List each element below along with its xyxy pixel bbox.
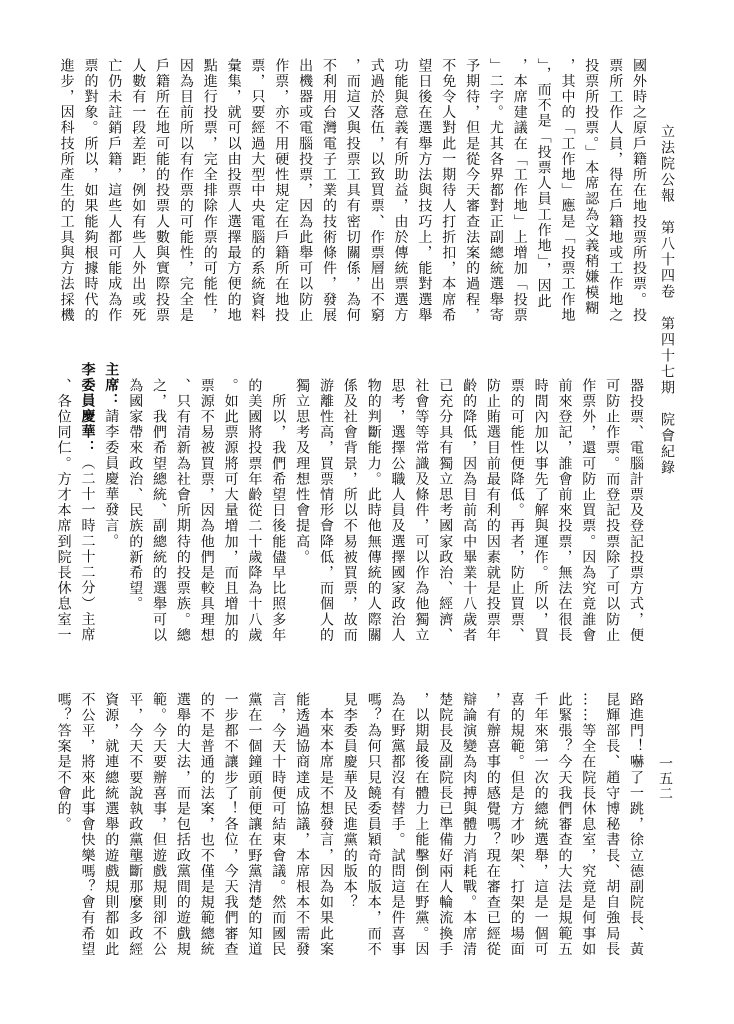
text-column: 物的判斷能力。此時他無傳統的人際關 [362, 378, 386, 660]
text-column: 昆輝部長、趙守博秘書長、胡自強局長 [600, 692, 624, 974]
text-column: 為國家帶來政治、民族的新希望。 [123, 378, 147, 660]
text-column: 、各位同仁。方才本席到院長休息室一 [52, 378, 76, 660]
text-column: 。如此票源將可大量增加，而且增加的 [219, 378, 243, 660]
speech-text: 請李委員慶華發言。 [103, 409, 119, 549]
text-column: 可防止作票。而登記投票除了可以防止 [600, 378, 624, 660]
text-column: 票所工作人員，得在戶籍地或工作地之 [603, 58, 627, 340]
speaker-column-legislator: 李委員慶華：（二十一時二十二分）主席 [76, 362, 100, 644]
text-column: 器投票、電腦計票及登記投票方式，便 [624, 378, 648, 660]
text-column: 望日後在選舉方法與技巧上，能對選舉 [412, 58, 436, 340]
text-column: 票的可能性便降低。再者，防止買票、 [505, 378, 529, 660]
text-column: 亡仍未註銷戶籍，這些人都可能成為作 [102, 58, 126, 340]
text-column: 能透過協商達成協議，本席根本不需發 [290, 692, 314, 974]
text-column: 的美國將投票年齡從二十歲降為十八歲 [242, 378, 266, 660]
text-column: 喜的規範。但是方才吵架、打架的場面 [505, 692, 529, 974]
text-column: 辯論演變為肉搏與體力消耗戰。本席清 [457, 692, 481, 974]
text-column: ，有辦喜事的感覺嗎？現在審查已經從 [481, 692, 505, 974]
text-column: 獨立思考及理想性會提高。 [290, 378, 314, 660]
text-column: ，以期最後在體力上能擊倒在野黨。因 [409, 692, 433, 974]
text-column: 作票外，還可防止買票。因為究竟誰會 [576, 378, 600, 660]
text-tier-bottom: 路進門！嚇了一跳，徐立德副院長、黃 昆輝部長、趙守博秘書長、胡自強局長 ……等全… [0, 692, 734, 964]
speaker-name: 李委員慶華： [80, 362, 96, 456]
text-column: 票源不易被買票，因為他們是較具理想 [195, 378, 219, 660]
text-column: 嗎？為何只見饒委員穎奇的版本，而不 [362, 692, 386, 974]
text-column: 為在野黨都沒有替手。試問這是件喜事 [386, 692, 410, 974]
text-column: 不免令人對此一期待人打折扣，本席希 [436, 58, 460, 340]
text-column: 齡的降低，因為目前高中畢業十八歲者 [457, 378, 481, 660]
text-column: 見李委員慶華及民進黨的版本？ [338, 692, 362, 974]
document-page: 立法院公報 第八十四卷 第四十七期 院會紀錄 一五二 國外時之原戶籍所在地投票所… [0, 0, 734, 1024]
text-column: 不利用台灣電子工業的技術條件，發展 [317, 58, 341, 340]
text-column: ，而這又與投票工具有密切關係，為何 [341, 58, 365, 340]
text-column: 、只有清新為社會所期待的投票族。總 [171, 378, 195, 660]
text-column: ……等全在院長休息室，究竟是何事如 [576, 692, 600, 974]
text-column: 」，而不是「投票人員工作地」，因此 [532, 58, 556, 340]
text-column: 戶籍所在地可能的投票人數與實際投票 [150, 58, 174, 340]
text-column: 前來登記，誰會前來投票，無法在很長 [553, 378, 577, 660]
text-column: 予期待，但是從今天審查法案的過程， [460, 58, 484, 340]
speech-text: （二十一時二十二分）主席 [80, 456, 96, 643]
text-column: 嗎？答案是不會的。 [52, 692, 76, 974]
text-column: 式過於落伍，以致買票、作票層出不窮 [365, 58, 389, 340]
text-column: 楚院長及副院長已準備好兩人輪流換手 [433, 692, 457, 974]
text-column: 社會等等常識及條件，可以作為他獨立 [409, 378, 433, 660]
text-column: 彙集，就可以由投票人選擇最方便的地 [222, 58, 246, 340]
text-column: 黨在一個鐘頭前便讓在野黨清楚的知道 [242, 692, 266, 974]
text-column: ，其中的「工作地」應是「投票工作地 [556, 58, 580, 340]
speaker-name: 主席： [103, 362, 119, 409]
text-column: 票，只要經過大型中央電腦的系統資料 [245, 58, 269, 340]
text-column: 此緊張？今天我們審查的大法是規範五 [553, 692, 577, 974]
text-column: 之，我們希望總統、副總統的選舉可以 [147, 378, 171, 660]
text-column: 票的對象。所以，如果能夠根據時代的 [79, 58, 103, 340]
text-column: 言，今天十時便可結束會議。然而國民 [266, 692, 290, 974]
text-column: 思考，選擇公職人員及選擇國家政治人 [386, 378, 410, 660]
text-column: 路進門！嚇了一跳，徐立德副院長、黃 [624, 692, 648, 974]
text-column: 點進行投票，完全排除作票的可能性， [198, 58, 222, 340]
text-column: 作票，亦不用硬性規定在戶籍所在地投 [269, 58, 293, 340]
text-column: 的不是普通的法案，也不僅是規範總統 [195, 692, 219, 974]
text-column: 資源，就連總統選舉的遊戲規則都如此 [99, 692, 123, 974]
text-tier-top: 國外時之原戶籍所在地投票所投票。投 票所工作人員，得在戶籍地或工作地之 投票所投… [0, 58, 734, 330]
text-column: 係及社會背景，所以不易被買票，故而 [338, 378, 362, 660]
text-column: 功能與意義有所助益，由於傳統票選方 [389, 58, 413, 340]
text-column: 已充分具有獨立思考國家政治、經濟、 [433, 378, 457, 660]
text-column: 範。今天要辦喜事，但遊戲規則卻不公 [147, 692, 171, 974]
text-column: 國外時之原戶籍所在地投票所投票。投 [627, 58, 651, 340]
text-column: 本來本席是不想發言，因為如果此案 [314, 692, 338, 974]
text-column: 所以，我們希望日後能儘早比照多年 [266, 378, 290, 660]
speaker-column-chair: 主席：請李委員慶華發言。 [99, 362, 123, 644]
text-column: 不公平，將來此事會快樂嗎？會有希望 [76, 692, 100, 974]
text-column: 選舉的大法，而是包括政黨間的遊戲規 [171, 692, 195, 974]
text-column: 因為目前所以有作票的可能性，完全是 [174, 58, 198, 340]
text-tier-middle: 器投票、電腦計票及登記投票方式，便 可防止作票。而登記投票除了可以防止 作票外，… [0, 378, 734, 650]
text-column: 一步都不讓步了！各位，今天我們審查 [219, 692, 243, 974]
text-column: 時間內加以事先了解與運作。所以，買 [529, 378, 553, 660]
text-column: 投票所投票。」本席認為文義稍嫌模糊 [579, 58, 603, 340]
text-column: 人數有一段差距，例如有些人外出或死 [126, 58, 150, 340]
text-column: 」二字。尤其各界都對正副總統選舉寄 [484, 58, 508, 340]
text-column: 出機器或電腦投票，因為此舉可以防止 [293, 58, 317, 340]
text-column: 游離性高，買票情形會降低，而個人的 [314, 378, 338, 660]
text-column: ，本席建議在「工作地」上增加「投票 [508, 58, 532, 340]
text-column: 千年來第一次的總統選舉，這是一個可 [529, 692, 553, 974]
text-column: 進步，因科技所產生的工具與方法採機 [55, 58, 79, 340]
text-column: 防止賄選目前最有利的因素就是投票年 [481, 378, 505, 660]
text-column: 平，今天不要說執政黨壟斷那麼多政經 [123, 692, 147, 974]
